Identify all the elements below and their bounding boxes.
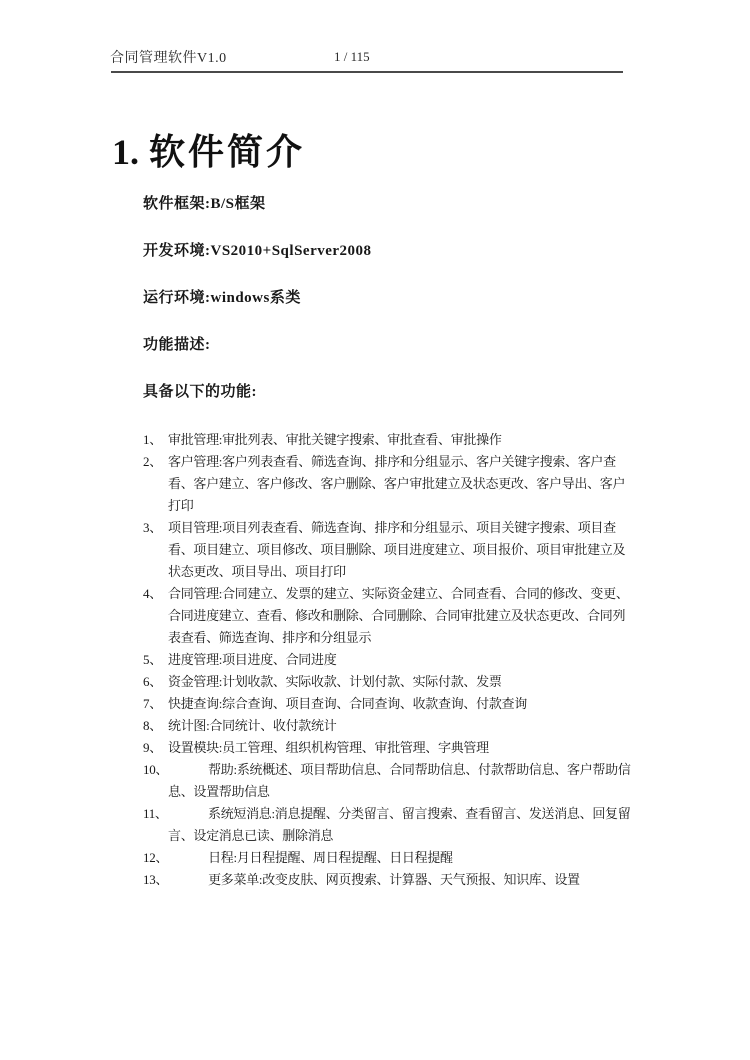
feature-item-text: 更多菜单:改变皮肤、网页搜索、计算器、天气预报、知识库、设置 (208, 872, 580, 887)
feature-item-number: 11、 (143, 803, 168, 825)
feature-item: 13、更多菜单:改变皮肤、网页搜索、计算器、天气预报、知识库、设置 (143, 869, 632, 891)
feature-item: 10、帮助:系统概述、项目帮助信息、合同帮助信息、付款帮助信息、客户帮助信息、设… (143, 759, 632, 803)
feature-item: 12、日程:月日程提醒、周日程提醒、日日程提醒 (143, 847, 632, 869)
intro-line: 具备以下的功能: (143, 384, 623, 401)
feature-item-number: 7、 (143, 693, 168, 715)
feature-item: 2、客户管理:客户列表查看、筛选查询、排序和分组显示、客户关键字搜索、客户查看、… (143, 451, 632, 517)
feature-item: 1、审批管理:审批列表、审批关键字搜索、审批查看、审批操作 (143, 429, 632, 451)
section-title-text: 软件简介 (149, 132, 305, 172)
document-page: 合同管理软件V1.0 1 / 115 1.软件简介 软件框架:B/S框架开发环境… (0, 0, 750, 1060)
feature-item-number: 3、 (143, 517, 168, 539)
feature-item-text: 设置模块:员工管理、组织机构管理、审批管理、字典管理 (168, 740, 489, 755)
feature-item: 8、统计图:合同统计、收付款统计 (143, 715, 632, 737)
feature-item: 9、设置模块:员工管理、组织机构管理、审批管理、字典管理 (143, 737, 632, 759)
feature-item-text: 进度管理:项目进度、合同进度 (168, 652, 336, 667)
feature-item-text: 客户管理:客户列表查看、筛选查询、排序和分组显示、客户关键字搜索、客户查看、客户… (168, 454, 625, 513)
feature-item: 11、系统短消息:消息提醒、分类留言、留言搜索、查看留言、发送消息、回复留言、设… (143, 803, 632, 847)
feature-item-text: 项目管理:项目列表查看、筛选查询、排序和分组显示、项目关键字搜索、项目查看、项目… (168, 520, 625, 579)
feature-item: 6、资金管理:计划收款、实际收款、计划付款、实际付款、发票 (143, 671, 632, 693)
feature-item-number: 4、 (143, 583, 168, 605)
feature-item-number: 10、 (143, 759, 168, 781)
feature-item: 7、快捷查询:综合查询、项目查询、合同查询、收款查询、付款查询 (143, 693, 632, 715)
feature-item-text: 帮助:系统概述、项目帮助信息、合同帮助信息、付款帮助信息、客户帮助信息、设置帮助… (168, 762, 631, 799)
feature-item-text: 快捷查询:综合查询、项目查询、合同查询、收款查询、付款查询 (168, 696, 527, 711)
header-document-title: 合同管理软件V1.0 (110, 47, 227, 67)
feature-item-number: 13、 (143, 869, 168, 891)
feature-item-number: 6、 (143, 671, 168, 693)
feature-item-number: 8、 (143, 715, 168, 737)
intro-line: 运行环境:windows系类 (143, 290, 623, 307)
feature-item-number: 2、 (143, 451, 168, 473)
section-title-number: 1. (112, 132, 139, 172)
feature-item-text: 资金管理:计划收款、实际收款、计划付款、实际付款、发票 (168, 674, 502, 689)
feature-item-number: 5、 (143, 649, 168, 671)
feature-item-text: 统计图:合同统计、收付款统计 (168, 718, 336, 733)
features-list: 1、审批管理:审批列表、审批关键字搜索、审批查看、审批操作2、客户管理:客户列表… (143, 429, 632, 891)
feature-item-text: 日程:月日程提醒、周日程提醒、日日程提醒 (208, 850, 453, 865)
feature-item-text: 合同管理:合同建立、发票的建立、实际资金建立、合同查看、合同的修改、变更、合同进… (168, 586, 629, 645)
feature-item-text: 系统短消息:消息提醒、分类留言、留言搜索、查看留言、发送消息、回复留言、设定消息… (168, 806, 630, 843)
feature-item: 5、进度管理:项目进度、合同进度 (143, 649, 632, 671)
feature-item-number: 1、 (143, 429, 168, 451)
feature-item-number: 9、 (143, 737, 168, 759)
feature-item: 4、合同管理:合同建立、发票的建立、实际资金建立、合同查看、合同的修改、变更、合… (143, 583, 632, 649)
intro-line: 开发环境:VS2010+SqlServer2008 (143, 243, 623, 260)
section-title: 1.软件简介 (112, 124, 305, 175)
intro-line: 软件框架:B/S框架 (143, 196, 623, 213)
feature-item: 3、项目管理:项目列表查看、筛选查询、排序和分组显示、项目关键字搜索、项目查看、… (143, 517, 632, 583)
header-page-indicator: 1 / 115 (334, 49, 370, 65)
feature-item-text: 审批管理:审批列表、审批关键字搜索、审批查看、审批操作 (168, 432, 502, 447)
intro-line: 功能描述: (143, 337, 623, 354)
header-divider (111, 71, 623, 73)
feature-item-number: 12、 (143, 847, 168, 869)
intro-section: 软件框架:B/S框架开发环境:VS2010+SqlServer2008运行环境:… (143, 196, 623, 431)
